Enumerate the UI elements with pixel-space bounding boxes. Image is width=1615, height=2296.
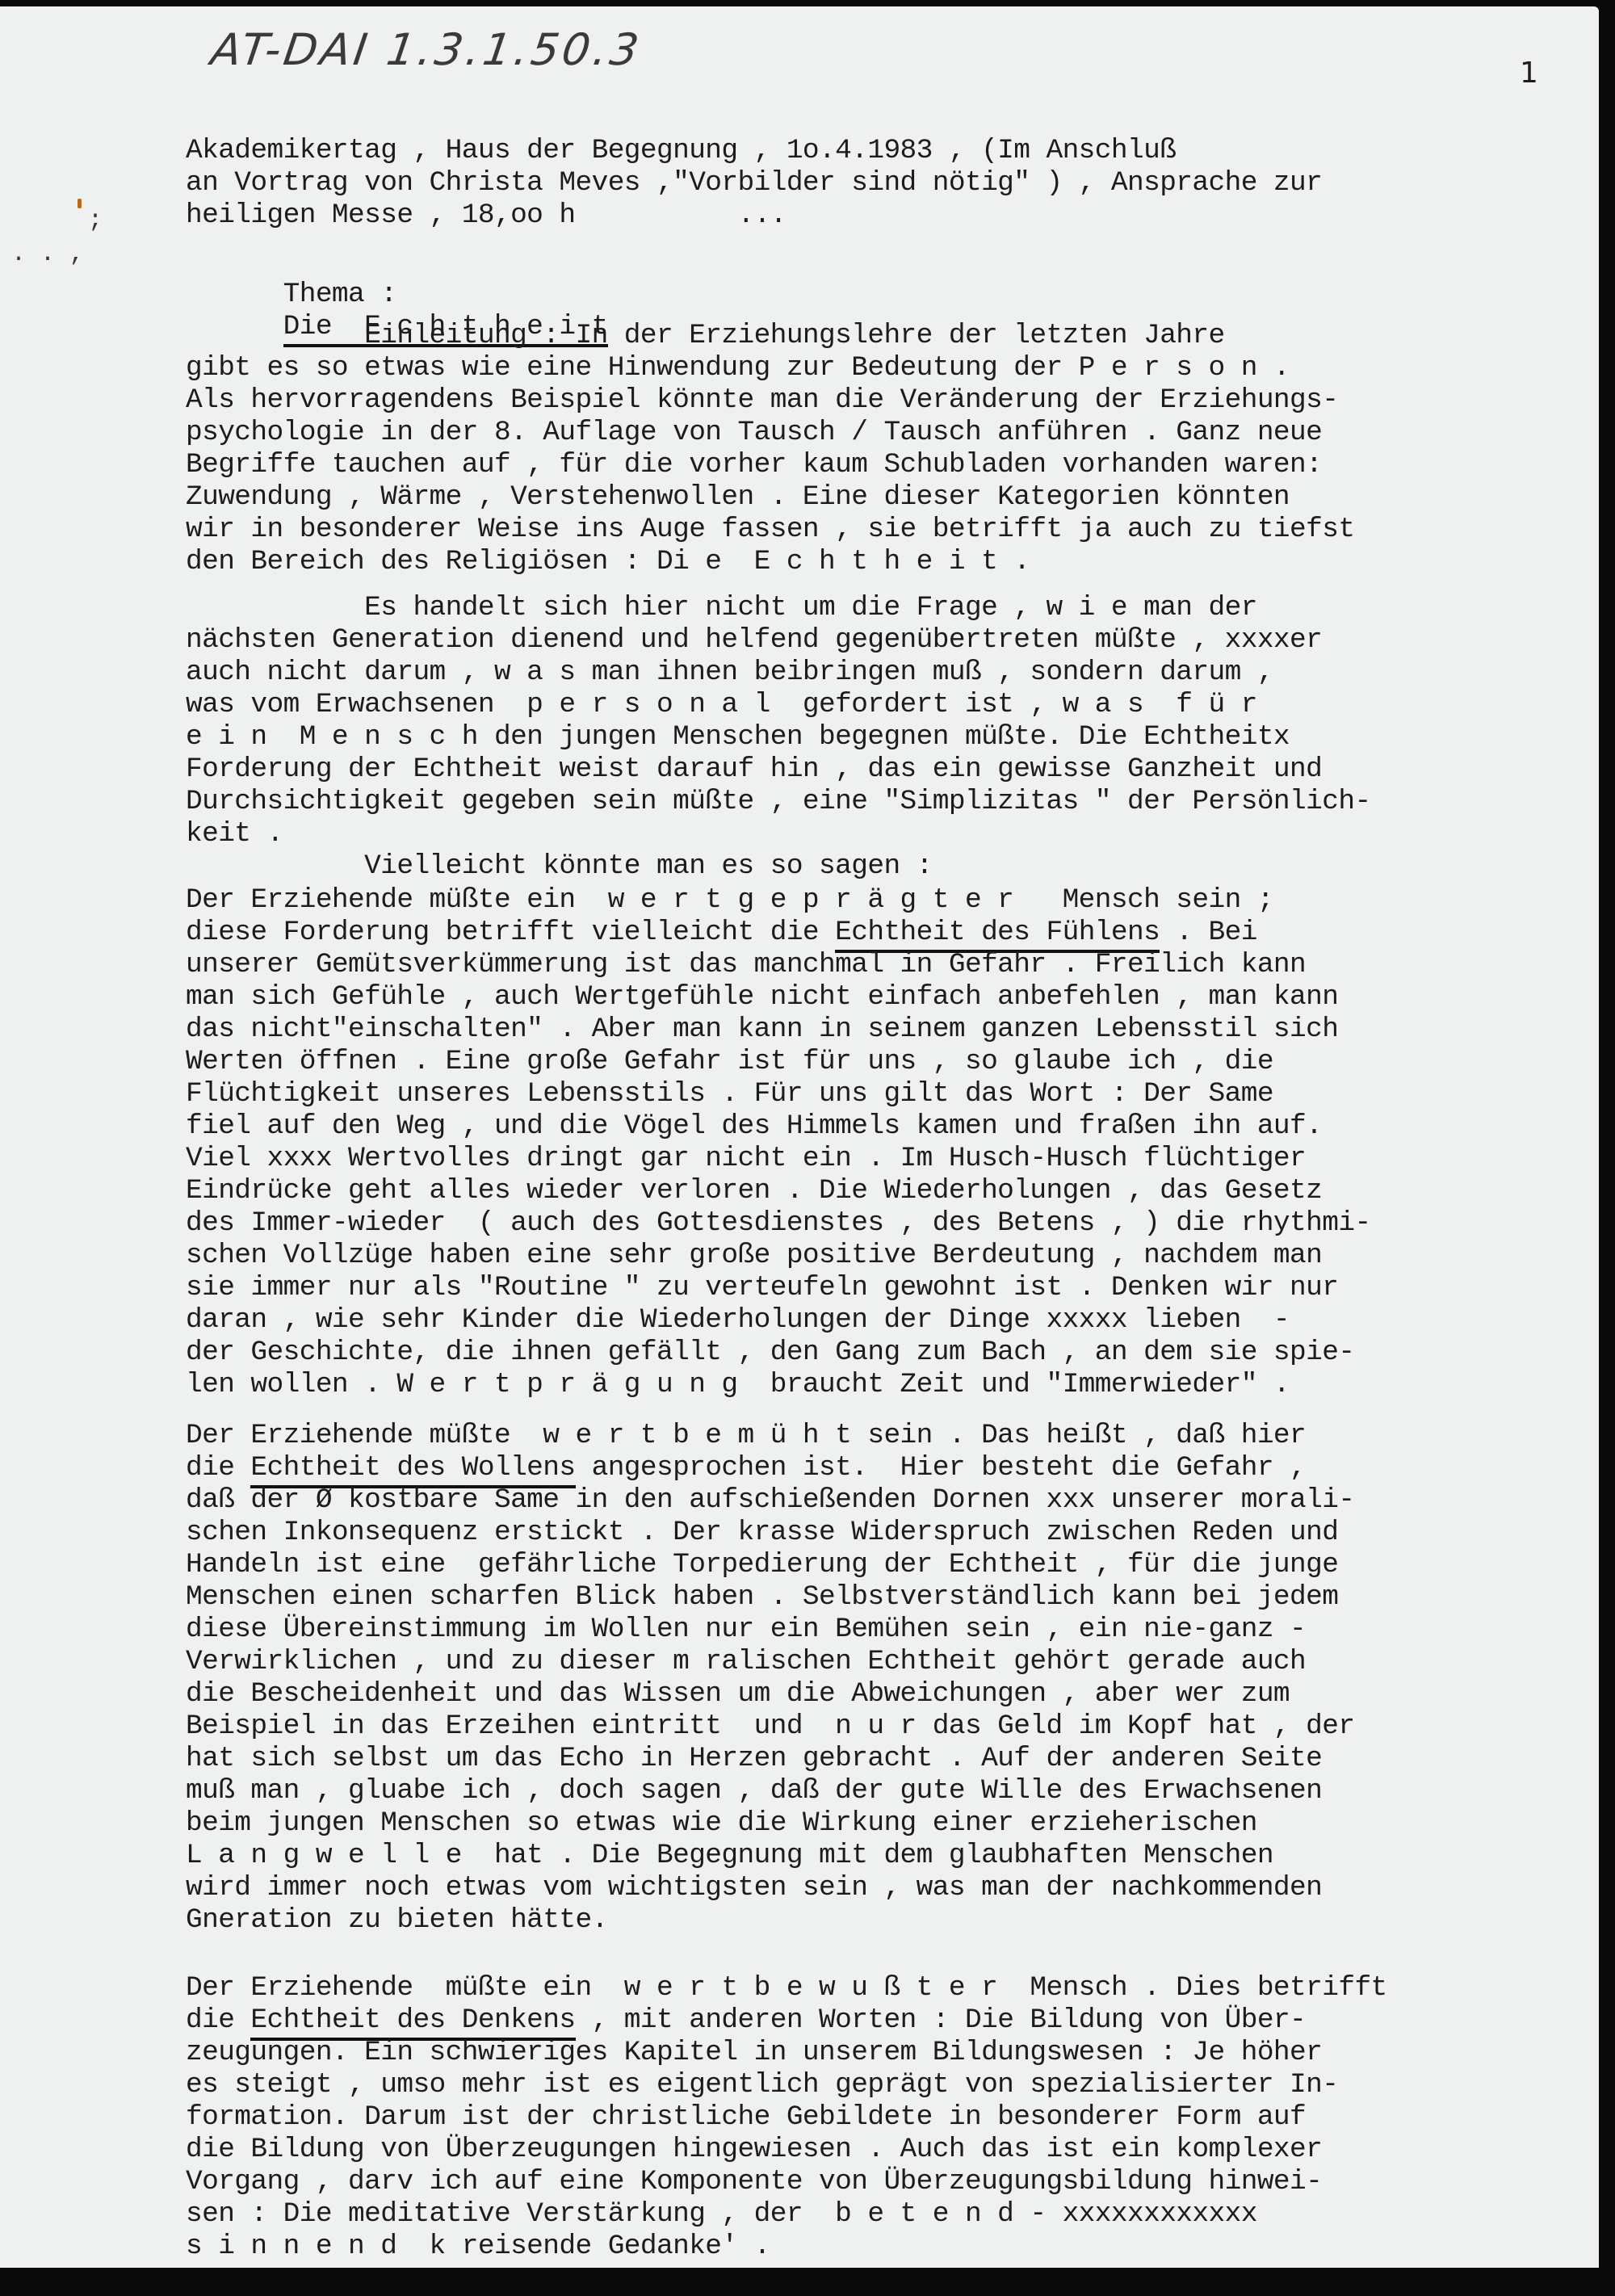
margin-mark: ; <box>88 208 103 233</box>
document-page: AT-DAI 1.3.1.50.3 1 ; . . , Akademikerta… <box>0 6 1599 2268</box>
text-line: Vorgang , darv ich auf eine Komponente v… <box>186 2166 1322 2198</box>
text-line: gibt es so etwas wie eine Hinwendung zur… <box>186 352 1290 384</box>
text-line: schen Vollzüge haben eine sehr große pos… <box>186 1240 1322 1272</box>
header-line: Akademikertag , Haus der Begegnung , 1o.… <box>186 135 1176 167</box>
text-line: zeugungen. Ein schwieriges Kapitel in un… <box>186 2037 1322 2069</box>
text-line: Beispiel in das Erzeihen eintritt und n … <box>186 1710 1354 1743</box>
text-line: Verwirklichen , und zu dieser m ralische… <box>186 1646 1306 1678</box>
text-line: die Bildung von Überzeugungen hingewiese… <box>186 2134 1322 2166</box>
text-line: den Bereich des Religiösen : Di e E c h … <box>186 546 1030 578</box>
text-line: die Echtheit des Wollens angesprochen is… <box>186 1452 1306 1484</box>
text-line: Forderung der Echtheit weist darauf hin … <box>186 753 1322 786</box>
text-line: Als hervorragendens Beispiel könnte man … <box>186 384 1338 417</box>
text-line: muß man , gluabe ich , doch sagen , daß … <box>186 1775 1322 1807</box>
text-line: Der Erziehende müßte w e r t b e m ü h t… <box>186 1420 1306 1452</box>
text-line: Menschen einen scharfen Blick haben . Se… <box>186 1581 1338 1614</box>
text-line: fiel auf den Weg , und die Vögel des Him… <box>186 1110 1322 1143</box>
text-line: das nicht"einschalten" . Aber man kann i… <box>186 1014 1338 1046</box>
text-line: Flüchtigkeit unseres Lebensstils . Für u… <box>186 1078 1273 1110</box>
text-line: auch nicht darum , w a s man ihnen beibr… <box>186 657 1273 689</box>
underlined-phrase: Echtheit des Denkens <box>250 2004 575 2041</box>
text-line: sen : Die meditative Verstärkung , der b… <box>186 2198 1257 2231</box>
text-line: schen Inkonsequenz erstickt . Der krasse… <box>186 1517 1338 1549</box>
text-line: formation. Darum ist der christliche Geb… <box>186 2101 1306 2134</box>
text-line: psychologie in der 8. Auflage von Tausch… <box>186 417 1322 449</box>
text-line: Der Erziehende müßte ein w e r t b e w u… <box>186 1972 1387 2004</box>
text-line: Handeln ist eine gefährliche Torpedierun… <box>186 1549 1338 1581</box>
underlined-phrase: Echtheit des Fühlens <box>835 917 1160 953</box>
theme-label: Thema : <box>283 279 397 310</box>
text-line: nächsten Generation dienend und helfend … <box>186 624 1322 657</box>
text-line: len wollen . W e r t p r ä g u n g brauc… <box>186 1369 1290 1401</box>
text-line: s i n n e n d k reisende Gedanke' . <box>186 2231 770 2263</box>
text-line: Werten öffnen . Eine große Gefahr ist fü… <box>186 1046 1273 1078</box>
text-line: diese Forderung betrifft vielleicht die … <box>186 917 1257 949</box>
text-line: wird immer noch etwas vom wichtigsten se… <box>186 1872 1322 1904</box>
text-line: Zuwendung , Wärme , Verstehenwollen . Ei… <box>186 481 1290 514</box>
margin-mark: . . , <box>11 242 84 267</box>
text-line: e i n M e n s c h den jungen Menschen be… <box>186 721 1290 753</box>
text-line: unserer Gemütsverkümmerung ist das manch… <box>186 949 1306 981</box>
text-line: sie immer nur als "Routine " zu verteufe… <box>186 1272 1338 1304</box>
underlined-phrase: Echtheit des Wollens <box>250 1452 575 1488</box>
text-line: diese Übereinstimmung im Wollen nur ein … <box>186 1614 1306 1646</box>
text-line: hat sich selbst um das Echo in Herzen ge… <box>186 1743 1322 1775</box>
text-line: was vom Erwachsenen p e r s o n a l gefo… <box>186 689 1257 721</box>
text-line: L a n g w e l l e hat . Die Begegnung mi… <box>186 1840 1273 1872</box>
text-line: beim jungen Menschen so etwas wie die Wi… <box>186 1807 1257 1840</box>
text-line: daß der Ø kostbare Same in den aufschieß… <box>186 1484 1354 1517</box>
margin-stain <box>78 199 82 208</box>
text-line: Der Erziehende müßte ein w e r t g e p r… <box>186 884 1273 917</box>
text-line: der Geschichte, die ihnen gefällt , den … <box>186 1337 1354 1369</box>
text-line: Durchsichtigkeit gegeben sein müßte , ei… <box>186 786 1371 818</box>
text-line: Begriffe tauchen auf , für die vorher ka… <box>186 449 1322 481</box>
text-line: des Immer-wieder ( auch des Gottesdienst… <box>186 1207 1371 1240</box>
archive-signature: AT-DAI 1.3.1.50.3 <box>208 24 645 75</box>
page-number: 1 <box>1520 57 1538 90</box>
header-line: heiligen Messe , 18,oo h ... <box>186 199 787 232</box>
text-line: Vielleicht könnte man es so sagen : <box>186 850 933 883</box>
text-line: es steigt , umso mehr ist es eigentlich … <box>186 2069 1338 2101</box>
text-line: Es handelt sich hier nicht um die Frage … <box>186 592 1257 624</box>
text-line: daran , wie sehr Kinder die Wiederholung… <box>186 1304 1290 1337</box>
text-line: die Bescheidenheit und das Wissen um die… <box>186 1678 1290 1710</box>
text-line: keit . <box>186 818 283 850</box>
text-line: die Echtheit des Denkens , mit anderen W… <box>186 2004 1306 2037</box>
text-line: Viel xxxx Wertvolles dringt gar nicht ei… <box>186 1143 1306 1175</box>
text-line: Eindrücke geht alles wieder verloren . D… <box>186 1175 1322 1207</box>
text-line: wir in besonderer Weise ins Auge fassen … <box>186 514 1354 546</box>
header-line: an Vortrag von Christa Meves ,"Vorbilder… <box>186 167 1322 199</box>
text-line: Einleitung : In der Erziehungslehre der … <box>186 320 1225 352</box>
text-line: man sich Gefühle , auch Wertgefühle nich… <box>186 981 1338 1014</box>
text-line: Gneration zu bieten hätte. <box>186 1904 608 1937</box>
